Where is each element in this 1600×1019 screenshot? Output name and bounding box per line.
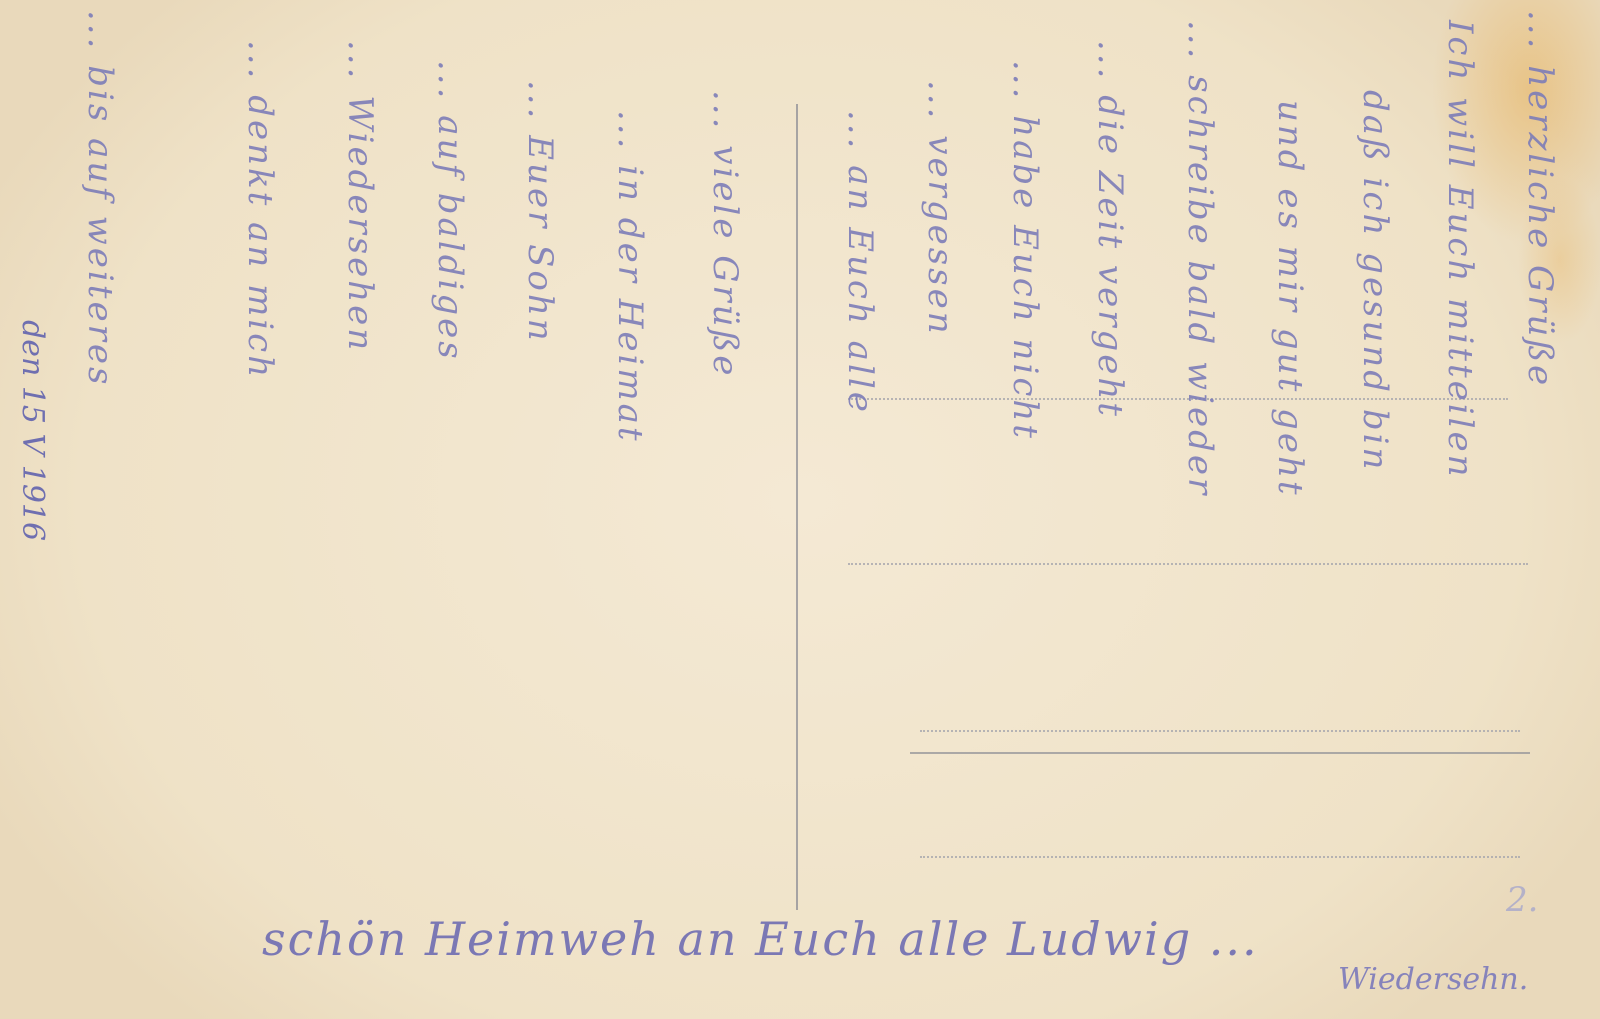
handwritten-line: ... in der Heimat	[610, 110, 650, 444]
address-underline	[910, 752, 1530, 754]
vertical-divider-line	[796, 104, 798, 910]
handwritten-line: ... herzliche Grüße	[1520, 10, 1560, 388]
handwritten-line: ... Euer Sohn	[520, 80, 560, 344]
handwritten-line: ... die Zeit vergeht	[1090, 40, 1130, 419]
address-line-1	[848, 398, 1508, 400]
handwritten-line: ... viele Grüße	[705, 90, 745, 378]
page-mark: 2.	[1506, 880, 1538, 920]
address-line-4	[920, 856, 1520, 858]
handwritten-line: und es mir gut geht	[1270, 100, 1310, 498]
handwritten-line: daß ich gesund bin	[1355, 90, 1395, 472]
postcard-back: ... herzliche Grüße Ich will Euch mittei…	[0, 0, 1600, 1019]
handwritten-line: ... denkt an mich	[240, 40, 280, 380]
closing-line: schön Heimweh an Euch alle Ludwig ...	[262, 912, 1259, 966]
handwritten-line: ... Wiedersehen	[340, 40, 380, 353]
handwritten-line: ... schreibe bald wieder	[1180, 20, 1220, 497]
address-line-2	[848, 563, 1528, 565]
handwritten-line: ... auf baldiges	[430, 60, 470, 362]
handwritten-line: Ich will Euch mitteilen	[1440, 20, 1480, 480]
handwritten-line: ... bis auf weiteres	[80, 10, 120, 387]
closing-signoff: Wiedersehn.	[1338, 962, 1528, 997]
handwritten-line: ... habe Euch nicht	[1005, 60, 1045, 441]
handwritten-line: ... vergessen	[920, 80, 960, 337]
address-line-3	[920, 730, 1520, 732]
date-written: den 15 V 1916	[15, 320, 50, 541]
handwritten-line: ... an Euch alle	[840, 110, 880, 415]
